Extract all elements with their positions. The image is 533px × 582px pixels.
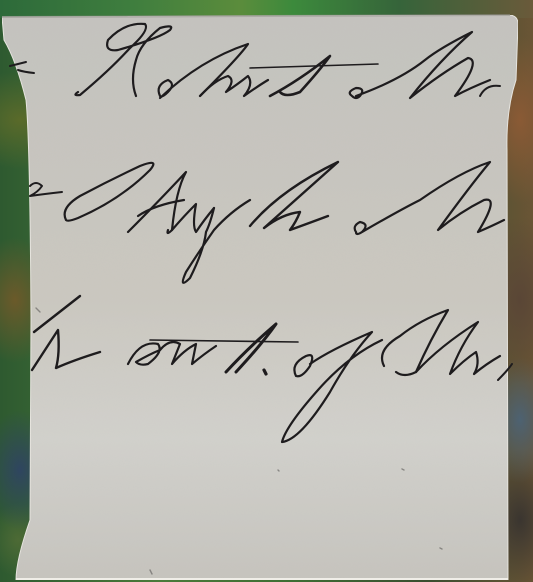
photo-scene: …r Robert M… …e Hugh M… …n amt. of Llu… — [0, 0, 533, 582]
handwriting-line-1 — [10, 24, 500, 98]
handwriting-layer — [0, 0, 533, 582]
paper-specks — [36, 308, 442, 574]
paper-fragment — [0, 0, 533, 582]
handwriting-line-2 — [30, 162, 504, 283]
handwriting-line-3 — [32, 296, 512, 442]
